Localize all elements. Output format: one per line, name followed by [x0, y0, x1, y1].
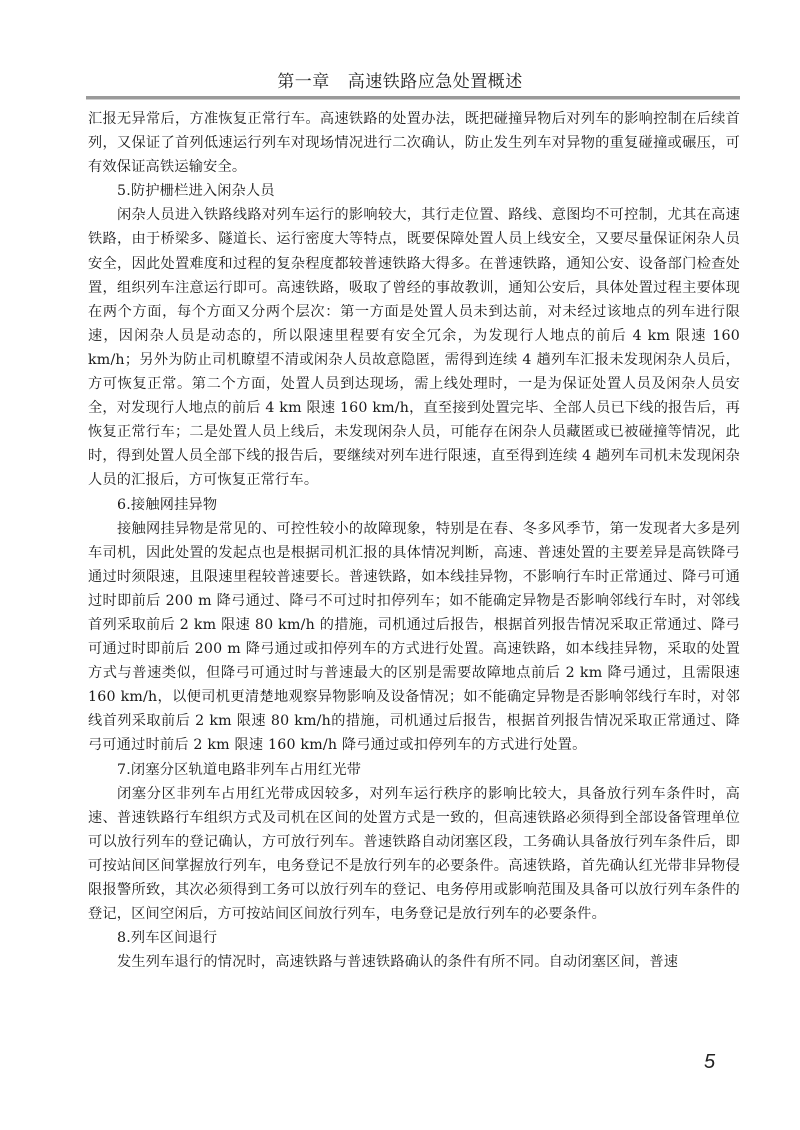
section-heading-7: 7.闭塞分区轨道电路非列车占用红光带: [88, 758, 740, 782]
section-heading-8: 8.列车区间退行: [88, 926, 740, 950]
page-number: 5: [704, 1051, 715, 1074]
paragraph-section-6: 接触网挂异物是常见的、可控性较小的故障现象，特别是在春、冬多风季节，第一发现者大…: [88, 517, 740, 758]
section-heading-5: 5.防护栅栏进入闲杂人员: [88, 179, 740, 203]
paragraph-continuation: 汇报无异常后，方准恢复正常行车。高速铁路的处置办法，既把碰撞异物后对列车的影响控…: [88, 107, 740, 179]
chapter-title: 高速铁路应急处置概述: [348, 72, 523, 92]
running-head: 第一章高速铁路应急处置概述: [0, 67, 800, 92]
chapter-label: 第一章: [277, 72, 330, 92]
header-rule: [86, 96, 740, 100]
paragraph-section-8: 发生列车退行的情况时，高速铁路与普速铁路确认的条件有所不同。自动闭塞区间，普速: [88, 950, 740, 974]
paragraph-section-7: 闭塞分区非列车占用红光带成因较多，对列车运行秩序的影响比较大，具备放行列车条件时…: [88, 782, 740, 927]
paragraph-section-5: 闲杂人员进入铁路线路对列车运行的影响较大，其行走位置、路线、意图均不可控制，尤其…: [88, 203, 740, 492]
page-body: 汇报无异常后，方准恢复正常行车。高速铁路的处置办法，既把碰撞异物后对列车的影响控…: [88, 107, 740, 974]
section-heading-6: 6.接触网挂异物: [88, 493, 740, 517]
